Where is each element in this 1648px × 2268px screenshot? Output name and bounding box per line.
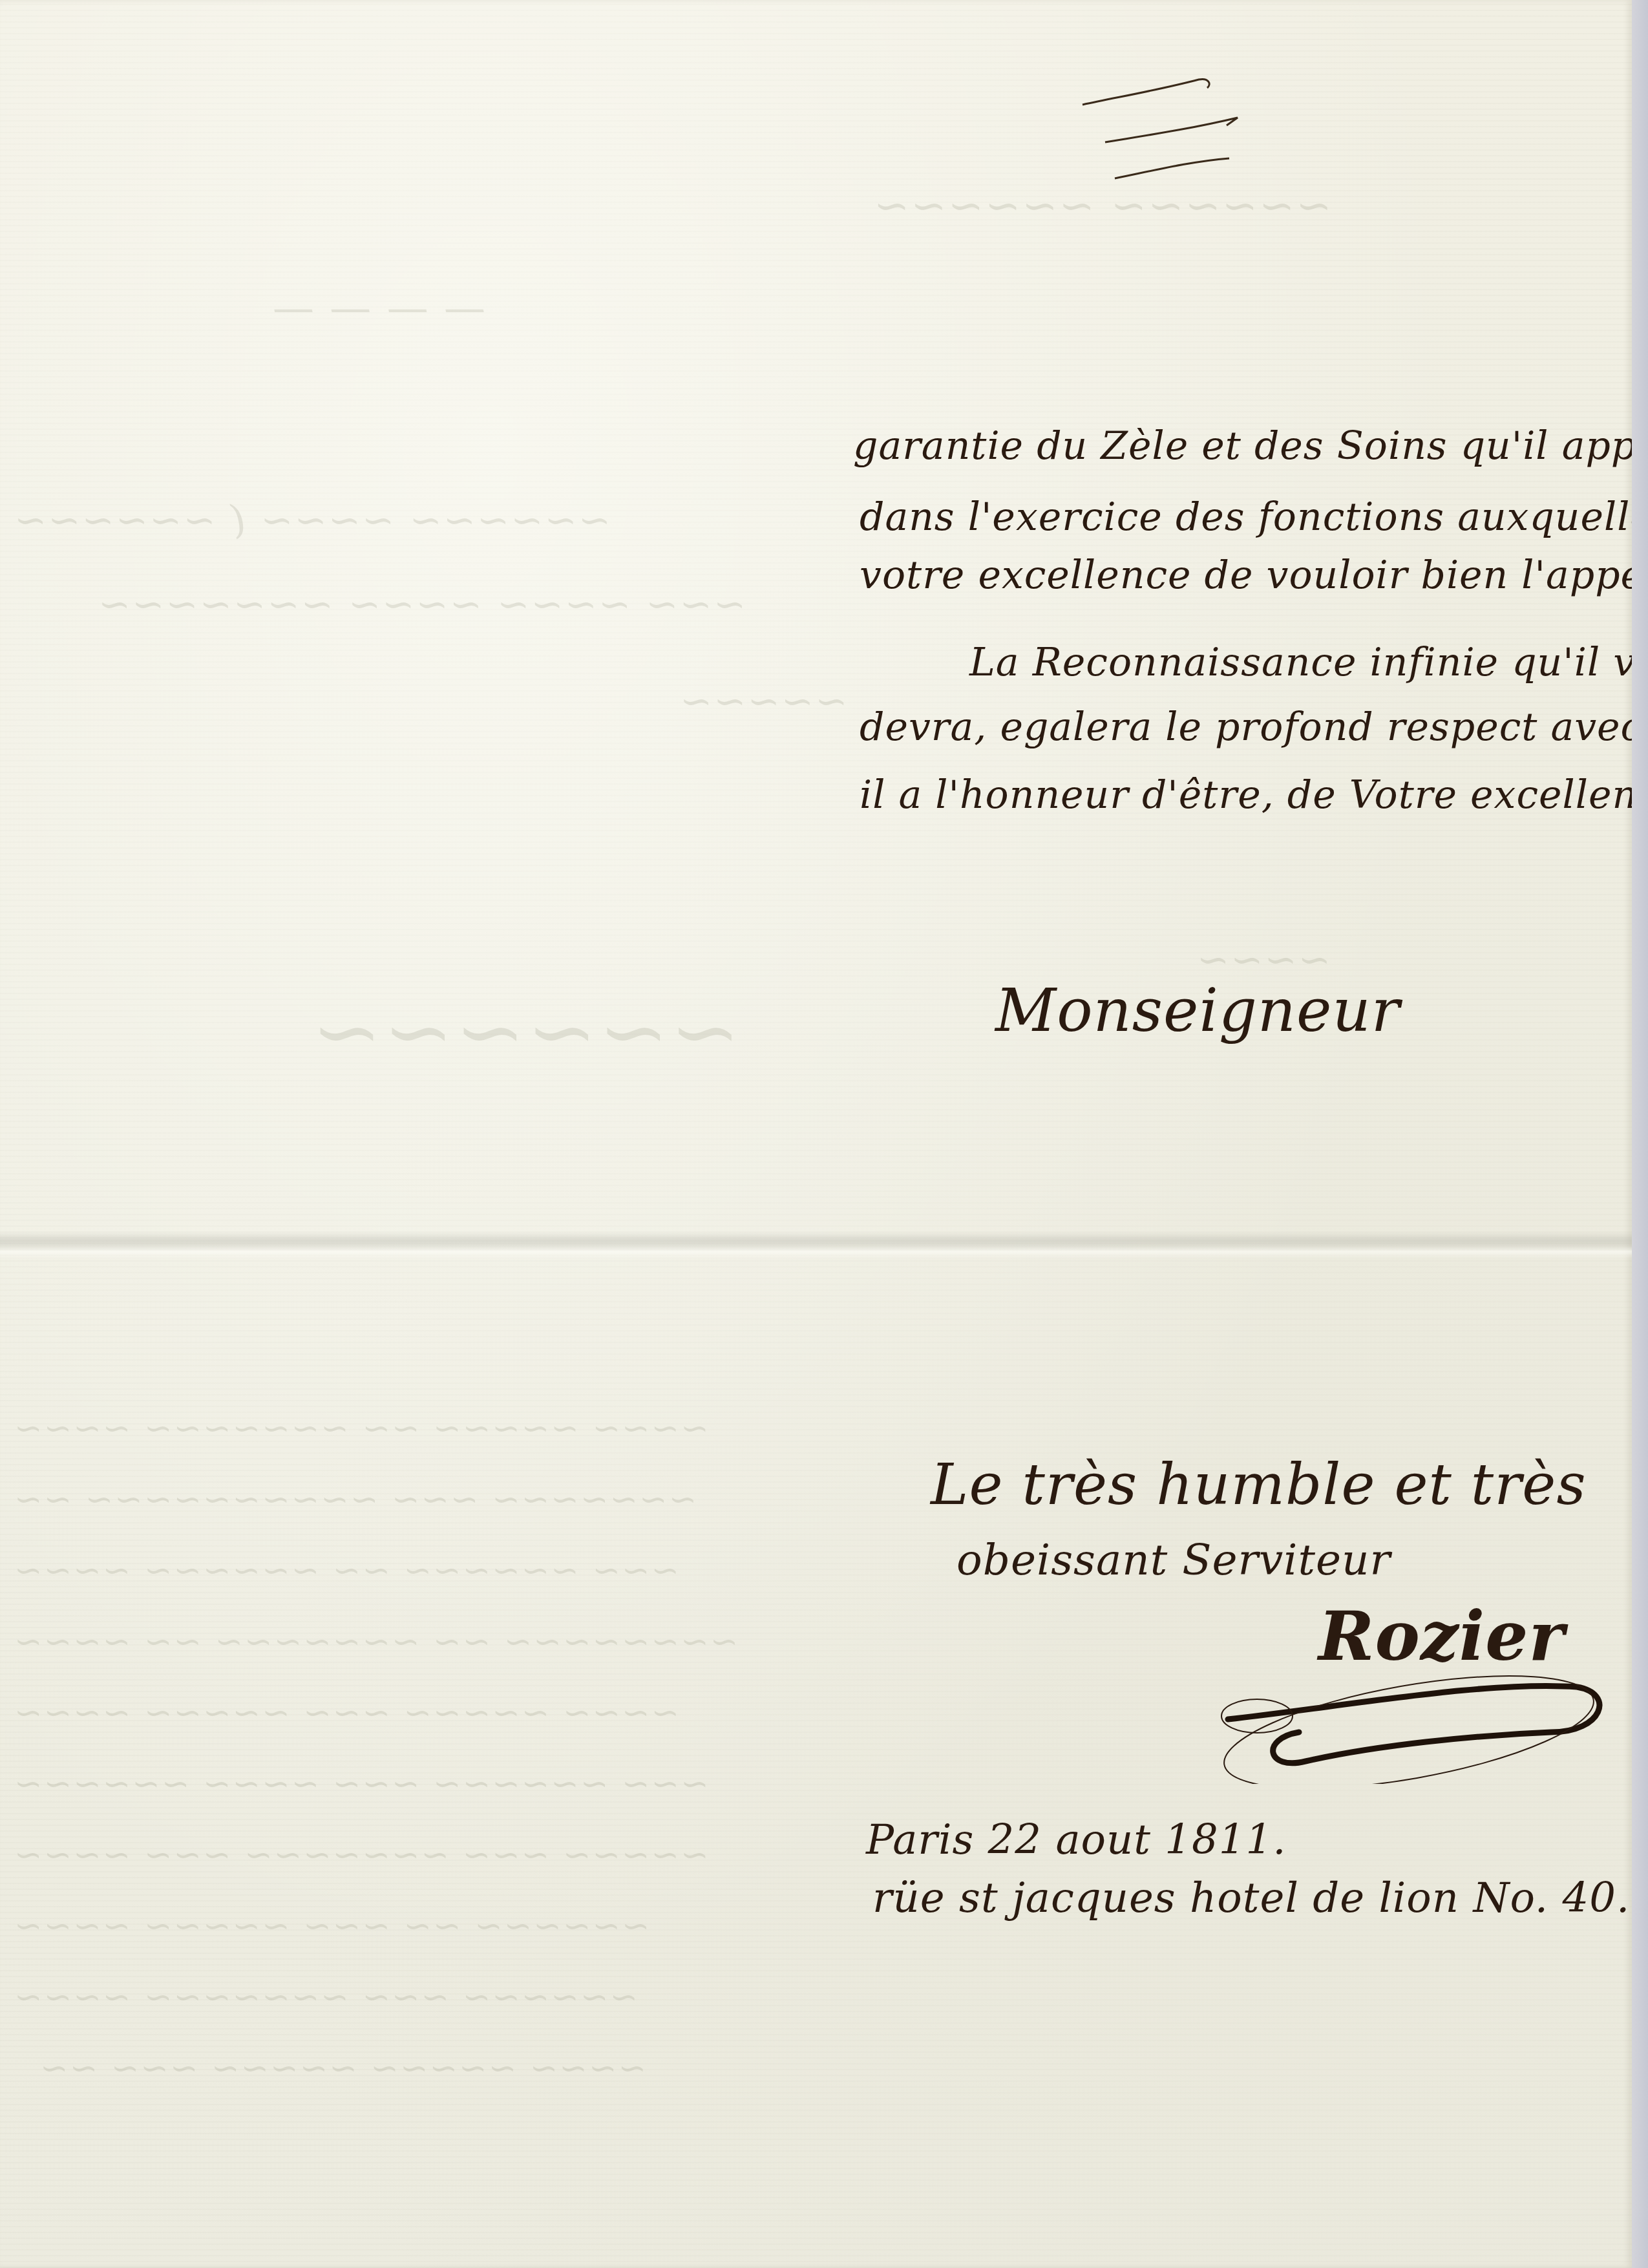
bleed-through-text: ~~~ ~~~~~~ ~~~ ~~~~ ~~~~~~: [13, 1765, 709, 1803]
scanner-backing: [1632, 0, 1648, 2268]
bleed-through-text: ~~~~~ ~~~ ~~~~~~~ ~~~ ~~~~: [13, 1836, 709, 1874]
bleed-through-text: ~~~~~: [679, 679, 847, 724]
bleed-through-text: ~~~~~~~~ ~~ ~~~~~~~ ~~ ~~~~: [13, 1622, 738, 1661]
paper-fold: [0, 1231, 1632, 1258]
body-line-3: votre excellence de vouloir bien l'appel…: [860, 553, 1648, 598]
body-line-2: dans l'exercice des fonctions auxquelles…: [860, 494, 1648, 540]
bleed-through-text: ~~~~ ~~~~~ ~~ ~~~~~~~ ~~~~: [13, 1409, 709, 1448]
letter-page: — — — — ~~~~~~ ~~~~ ( ~~~~~~ ~~~ ~~~~ ~~…: [0, 0, 1632, 2268]
bleed-through-text: ~~~~ ~~~~~ ~~~ ~~~~~ ~~~~: [13, 1693, 679, 1732]
bleed-through-text: ~~~~~~ ~~~ ~~~~~~~ ~~~~: [13, 1978, 638, 2017]
bleed-through-text: — — — —: [271, 284, 485, 332]
body-line-1: garantie du Zèle et des Soins qu'il appo…: [853, 423, 1648, 469]
bleed-through-text: ~~~ ~~~~~~ ~~ ~~~~~~ ~~~~: [13, 1551, 679, 1590]
place-and-date: Paris 22 aout 1811.: [866, 1816, 1287, 1864]
body-line-4: La Reconnaissance infinie qu'il vous: [969, 640, 1648, 685]
closing-line-1: Le très humble et très: [931, 1451, 1587, 1518]
salutation: Monseigneur: [995, 976, 1400, 1045]
bleed-through-text: ~~~~~~ ~~ ~~~ ~~~~~ ~~~~: [13, 1907, 650, 1945]
bleed-through-text: ~~~ ~~~~ ~~~~ ~~~~~~~: [97, 582, 746, 627]
bleed-through-text: ~~~~~~ ~~~~ ( ~~~~~~: [13, 498, 611, 543]
closing-line-2: obeissant Serviteur: [956, 1535, 1391, 1585]
bleed-through-text: ~~~~ ~~~~~ ~~~~~ ~~~ ~~: [39, 2049, 646, 2088]
bleed-through-text: ~~~~~~: [310, 982, 741, 1081]
bleed-through-text: ~~~~~~ ~~~~~~: [872, 181, 1332, 231]
signature-flourish: [1215, 1655, 1616, 1784]
bleed-through-text: ~~~~~~~ ~~~ ~~~~~~~~~~ ~~: [13, 1480, 697, 1519]
body-line-5: devra, egalera le profond respect avec l…: [860, 705, 1648, 750]
body-line-6: il a l'honneur d'être, de Votre excellen…: [860, 772, 1648, 818]
address-line: rüe st jacques hotel de lion No. 40.: [872, 1874, 1630, 1922]
pen-strokes-mark: [1079, 71, 1273, 187]
